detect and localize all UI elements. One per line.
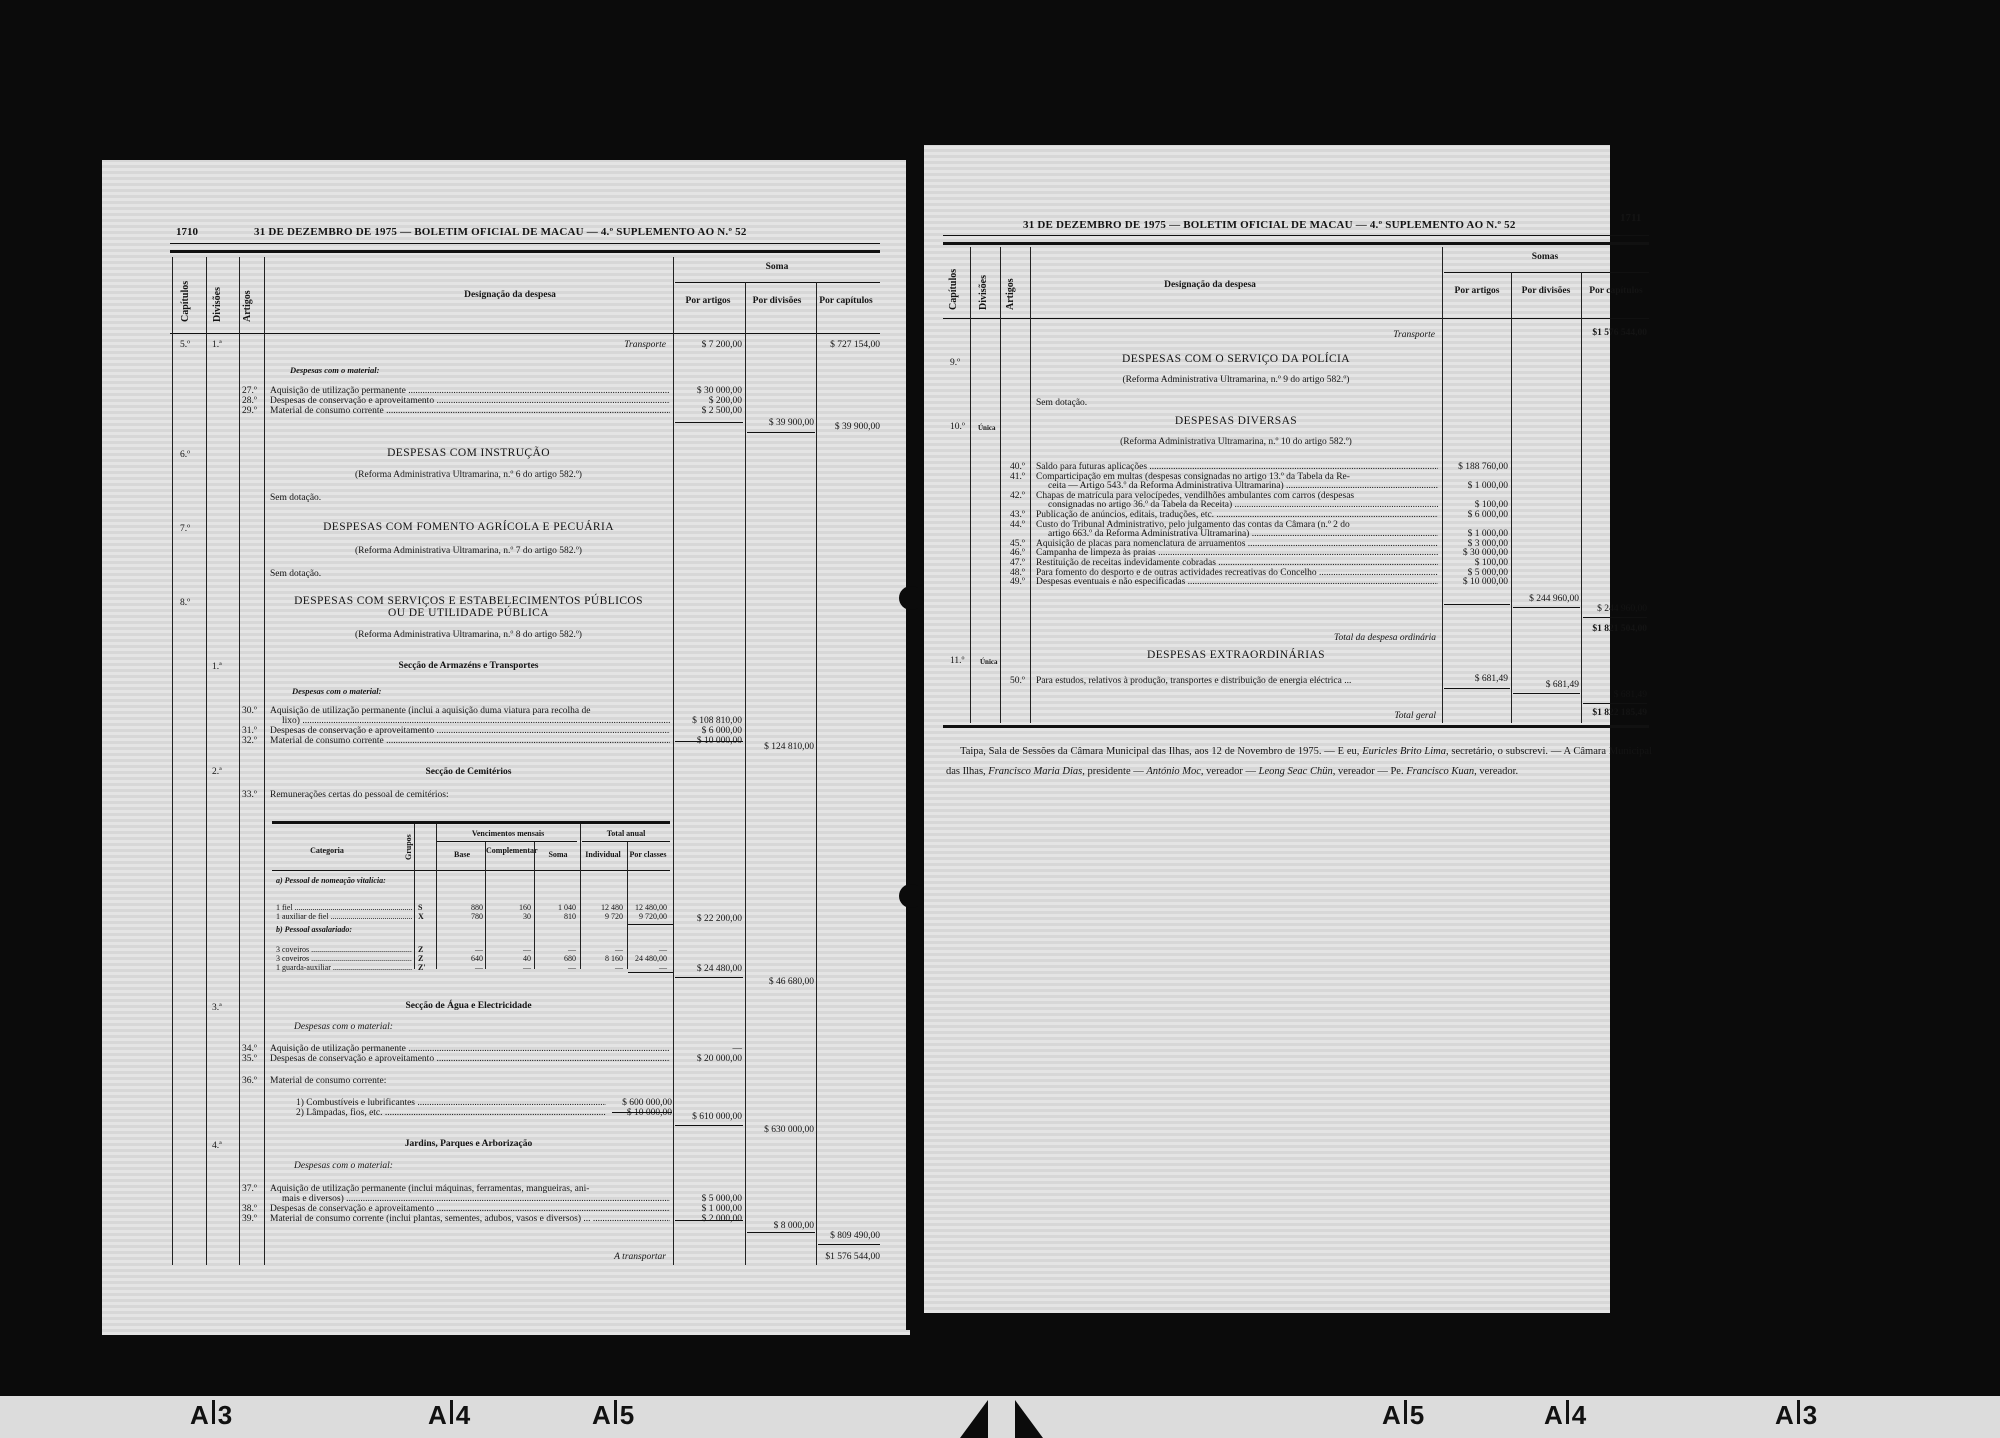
total-geral-label: Total geral [1200, 711, 1436, 722]
rule [1513, 693, 1580, 694]
a-transportar-value: $1 576 544,00 [818, 1252, 880, 1263]
binding-hole [899, 884, 923, 908]
sec4-div: 4.ª [212, 1141, 222, 1152]
closing-paragraph: Taipa, Sala de Sessões da Câmara Municip… [946, 742, 1652, 782]
cap9-ref: (Reforma Administrativa Ultramarina, n.º… [1032, 375, 1440, 386]
item-text: Material de consumo corrente: [270, 1076, 670, 1087]
r-col-designacao: Designação da despesa [1060, 280, 1360, 290]
rule [1513, 607, 1580, 608]
sec2-div: 2.ª [212, 767, 222, 778]
rule [1000, 247, 1001, 723]
col-artigos: Artigos [242, 290, 253, 322]
cap6-number: 6.º [180, 450, 190, 461]
cap9-number: 9.º [950, 358, 960, 369]
rule [675, 282, 880, 283]
cap11-valor: $ 681,49 [1444, 674, 1508, 685]
rule [745, 282, 746, 1265]
rule [675, 977, 743, 978]
sec2-total: $ 46 680,00 [748, 977, 814, 988]
item-artigo: 32.º [242, 736, 257, 747]
staff-col-vencimentos: Vencimentos mensais [438, 829, 578, 838]
a-transportar-label: A transportar [540, 1252, 666, 1263]
sec4-total: $ 8 000,00 [748, 1221, 814, 1232]
item-valor: $ 1 000,00 [1444, 481, 1508, 492]
cap6-note: Sem dotação. [270, 493, 321, 504]
sec2-subtotal-a: $ 22 200,00 [676, 914, 742, 925]
total-ordinaria-value: $1 821 504,00 [1583, 624, 1647, 635]
item-artigo: 39.º [242, 1214, 257, 1225]
staff-complementar: 30 [486, 911, 531, 922]
item-artigo: 37.º [242, 1184, 257, 1195]
staff-soma: 810 [535, 911, 576, 922]
rule [170, 333, 880, 334]
staff-base: — [438, 962, 483, 973]
cap10-total-div: $ 244 960,00 [1513, 594, 1579, 605]
r-col-por-capitulos: Por capítulos [1582, 286, 1650, 296]
r-transporte-value: $1 576 544,00 [1583, 328, 1647, 339]
rule [747, 1232, 815, 1233]
item-text: Despesas de conservação e aproveitamento… [270, 1054, 670, 1065]
item-valor: $ 2 500,00 [676, 406, 742, 417]
staff-individual: 9 720 [581, 911, 623, 922]
rule [264, 257, 265, 1265]
cap8-ref: (Reforma Administrativa Ultramarina, n.º… [266, 630, 671, 641]
staff-grupo: Z' [418, 962, 426, 973]
item-text: Material de consumo corrente ...........… [270, 406, 670, 417]
r-col-por-artigos: Por artigos [1444, 286, 1510, 296]
col-soma: Soma [672, 262, 882, 272]
rule [436, 824, 437, 969]
rule [1581, 272, 1582, 723]
cap10-number: 10.º [950, 422, 965, 433]
rule [943, 318, 1649, 319]
staff-complementar: — [486, 962, 531, 973]
item-artigo: 35.º [242, 1054, 257, 1065]
col-capitulos: Capítulos [180, 281, 191, 322]
cap11-text: Para estudos, relativos à produção, tran… [1036, 676, 1438, 687]
sec1-subheading: Despesas com o material: [292, 686, 381, 697]
rule [1583, 617, 1647, 618]
frame-mark: A3 [190, 1400, 232, 1431]
staff-categoria: 1 guarda-auxiliar ......................… [276, 962, 412, 973]
rule [675, 422, 743, 423]
rule [628, 924, 673, 925]
item-valor: $ 188 760,00 [1444, 462, 1508, 473]
staff-col-por-classes: Por classes [626, 850, 670, 859]
cap11-artigo: 50.º [1010, 676, 1025, 687]
rule [1444, 688, 1510, 689]
rule [818, 1244, 880, 1245]
rule [747, 432, 815, 433]
cap10-ref: (Reforma Administrativa Ultramarina, n.º… [1032, 437, 1440, 448]
rule [1583, 703, 1647, 704]
frame-mark: A4 [428, 1400, 470, 1431]
cap7-number: 7.º [180, 524, 190, 535]
cap5-number: 5.º [180, 340, 190, 351]
closing-text: , presidente — [1082, 766, 1146, 777]
film-strip [0, 1396, 2000, 1438]
rule [673, 257, 674, 1265]
page-gutter [906, 150, 916, 1330]
staff-col-grupos: Grupos [404, 834, 413, 860]
staff-soma: — [535, 962, 576, 973]
frame-mark: A4 [1544, 1400, 1586, 1431]
total-geral-value: $1 822 185,49 [1583, 708, 1647, 719]
rule [239, 257, 240, 1265]
councillor-name: Francisco Kuan [1406, 766, 1474, 777]
cap11-title: DESPESAS EXTRAORDINÁRIAS [1032, 650, 1440, 661]
sec4-subheading: Despesas com o material: [294, 1161, 393, 1172]
item-artigo: 44.º [1010, 520, 1025, 531]
closing-text: Taipa, Sala de Sessões da Câmara Municip… [960, 746, 1362, 757]
closing-text: , vereador — [1201, 766, 1259, 777]
cap8-title-2: OU DE UTILIDADE PÚBLICA [266, 608, 671, 619]
staff-col-individual: Individual [580, 850, 626, 859]
cap6-ref: (Reforma Administrativa Ultramarina, n.º… [266, 470, 671, 481]
item-text: Material de consumo corrente (inclui pla… [270, 1214, 670, 1225]
sec3-div: 3.ª [212, 1003, 222, 1014]
left-running-header: 31 DE DEZEMBRO DE 1975 — BOLETIM OFICIAL… [254, 226, 747, 238]
item-text: Material de consumo corrente ...........… [270, 736, 670, 747]
rule [206, 257, 207, 1265]
rule [170, 243, 880, 244]
rule [172, 257, 173, 1265]
rule [272, 870, 670, 871]
rule [943, 242, 1649, 245]
r-col-artigos: Artigos [1005, 278, 1016, 310]
item-artigo: 29.º [242, 406, 257, 417]
item-valor: $ 2 000,00 [676, 1214, 742, 1225]
frame-mark: A5 [592, 1400, 634, 1431]
sec2-artigo: 33.º [242, 790, 257, 801]
cap10-title: DESPESAS DIVERSAS [1032, 416, 1440, 427]
registration-triangle-icon [1015, 1400, 1043, 1438]
sec1-div: 1.ª [212, 662, 222, 673]
sec1-total: $ 124 810,00 [748, 742, 814, 753]
staff-individual: — [581, 962, 623, 973]
frame-mark: A5 [1382, 1400, 1424, 1431]
r-col-somas: Somas [1442, 252, 1648, 262]
rule [582, 841, 670, 842]
r-col-divisoes: Divisões [978, 275, 989, 310]
staff-por_classes: — [628, 962, 667, 973]
sec2-title: Secção de Cemitérios [266, 767, 671, 778]
cap5-total-divisao: $ 39 900,00 [748, 418, 814, 429]
staff-col-categoria: Categoria [272, 846, 382, 855]
cap8-title-1: DESPESAS COM SERVIÇOS E ESTABELECIMENTOS… [266, 596, 671, 607]
cap5-subheading: Despesas com o material: [290, 365, 379, 376]
item-artigo: 42.º [1010, 491, 1025, 502]
item-valor: $ 20 000,00 [676, 1054, 742, 1065]
secretary-name: Euricles Brito Lima [1362, 746, 1446, 757]
sec3-total: $ 630 000,00 [748, 1125, 814, 1136]
col-por-artigos: Por artigos [676, 296, 740, 306]
col-divisoes: Divisões [212, 287, 223, 322]
staff-group-b: b) Pessoal assalariado: [276, 925, 352, 934]
sec4-title: Jardins, Parques e Arborização [266, 1139, 671, 1150]
sec1-title: Secção de Armazéns e Transportes [266, 661, 671, 672]
col-por-divisoes: Por divisões [745, 296, 809, 306]
item-valor: $ 10 000,00 [1444, 577, 1508, 588]
item-artigo: 41.º [1010, 472, 1025, 483]
cap10-total-cap: $ 244 960,00 [1583, 604, 1647, 615]
binding-hole [899, 586, 923, 610]
rule [1511, 272, 1512, 723]
r-col-capitulos: Capítulos [948, 269, 959, 310]
item-artigo: 36.º [242, 1076, 257, 1087]
cap9-title: DESPESAS COM O SERVIÇO DA POLÍCIA [1032, 354, 1440, 365]
cap7-ref: (Reforma Administrativa Ultramarina, n.º… [266, 546, 671, 557]
r-col-por-divisoes: Por divisões [1512, 286, 1580, 296]
rule [816, 282, 817, 1265]
item-text: Despesas eventuais e não especificadas .… [1036, 577, 1438, 588]
cap7-title: DESPESAS COM FOMENTO AGRÍCOLA E PECUÁRIA [266, 522, 671, 533]
cap9-note: Sem dotação. [1036, 398, 1087, 409]
r-transporte-label: Transporte [1300, 330, 1435, 341]
president-name: Francisco Maria Dias [988, 766, 1082, 777]
councillor-name: António Moc [1146, 766, 1201, 777]
item-valor: $ 10 000,00 [676, 736, 742, 747]
rule [970, 247, 971, 723]
rule [1444, 604, 1510, 605]
staff-categoria: 1 auxiliar de fiel .....................… [276, 911, 412, 922]
cap8-number: 8.º [180, 598, 190, 609]
frame-mark: A3 [1775, 1400, 1817, 1431]
total-ordinaria-label: Total da despesa ordinária [1200, 633, 1436, 644]
staff-col-complementar: Complementar [486, 846, 536, 855]
sec3-subheading: Despesas com o material: [294, 1022, 393, 1033]
staff-group-a: a) Pessoal de nomeação vitalícia: [276, 876, 386, 885]
staff-col-total: Total anual [582, 829, 670, 838]
right-running-header: 31 DE DEZEMBRO DE 1975 — BOLETIM OFICIAL… [1023, 219, 1516, 231]
cap11-div: Única [980, 657, 998, 668]
staff-col-base: Base [438, 850, 486, 859]
councillor-name: Leong Seac Chün [1259, 766, 1333, 777]
col-por-capitulos: Por capítulos [814, 296, 878, 306]
staff-grupo: X [418, 911, 424, 922]
rule [272, 821, 670, 824]
closing-text: , vereador. [1474, 766, 1518, 777]
item-artigo: 30.º [242, 706, 257, 717]
transporte-capitulos: $ 727 154,00 [818, 340, 880, 351]
cap11-number: 11.º [950, 656, 964, 667]
rule [1442, 247, 1443, 723]
transporte-label: Transporte [540, 340, 666, 351]
subitem-valor: $ 10 000,00 [610, 1108, 672, 1119]
left-page-number: 1710 [176, 226, 198, 238]
cap7-note: Sem dotação. [270, 569, 321, 580]
cap6-title: DESPESAS COM INSTRUÇÃO [266, 448, 671, 459]
cap5-total-capitulo: $ 39 900,00 [818, 422, 880, 433]
rule [170, 250, 880, 253]
col-designacao: Designação da despesa [360, 290, 660, 300]
rule [437, 841, 577, 842]
sec2-text: Remunerações certas do pessoal de cemité… [270, 790, 449, 801]
staff-por_classes: 9 720,00 [628, 911, 667, 922]
rule [943, 725, 1649, 728]
cap5-div: 1.ª [212, 340, 222, 351]
rule [1444, 272, 1649, 273]
rule [675, 1125, 743, 1126]
closing-text: , vereador — Pe. [1333, 766, 1406, 777]
sec2-subtotal-b: $ 24 480,00 [676, 964, 742, 975]
cap11-total-div: $ 681,49 [1513, 680, 1579, 691]
rule [943, 235, 1649, 236]
sec3-total-art36: $ 610 000,00 [676, 1112, 742, 1123]
cap8-total: $ 809 490,00 [818, 1231, 880, 1242]
staff-base: 780 [438, 911, 483, 922]
item-valor: $ 6 000,00 [1444, 510, 1508, 521]
rule [1030, 247, 1031, 723]
item-artigo: 49.º [1010, 577, 1025, 588]
staff-col-soma: Soma [536, 850, 580, 859]
transporte-artigos: $ 7 200,00 [676, 340, 742, 351]
right-page-number: 1711 [1620, 212, 1641, 224]
cap10-div: Única [978, 423, 996, 434]
cap11-total-cap: $ 681,49 [1583, 690, 1647, 701]
rule [414, 824, 415, 969]
right-page [924, 145, 1610, 1313]
subitem-text: 2) Lâmpadas, fios, etc. ................… [296, 1108, 606, 1119]
sec3-title: Secção de Água e Electricidade [266, 1001, 671, 1012]
registration-triangle-icon [960, 1400, 988, 1438]
